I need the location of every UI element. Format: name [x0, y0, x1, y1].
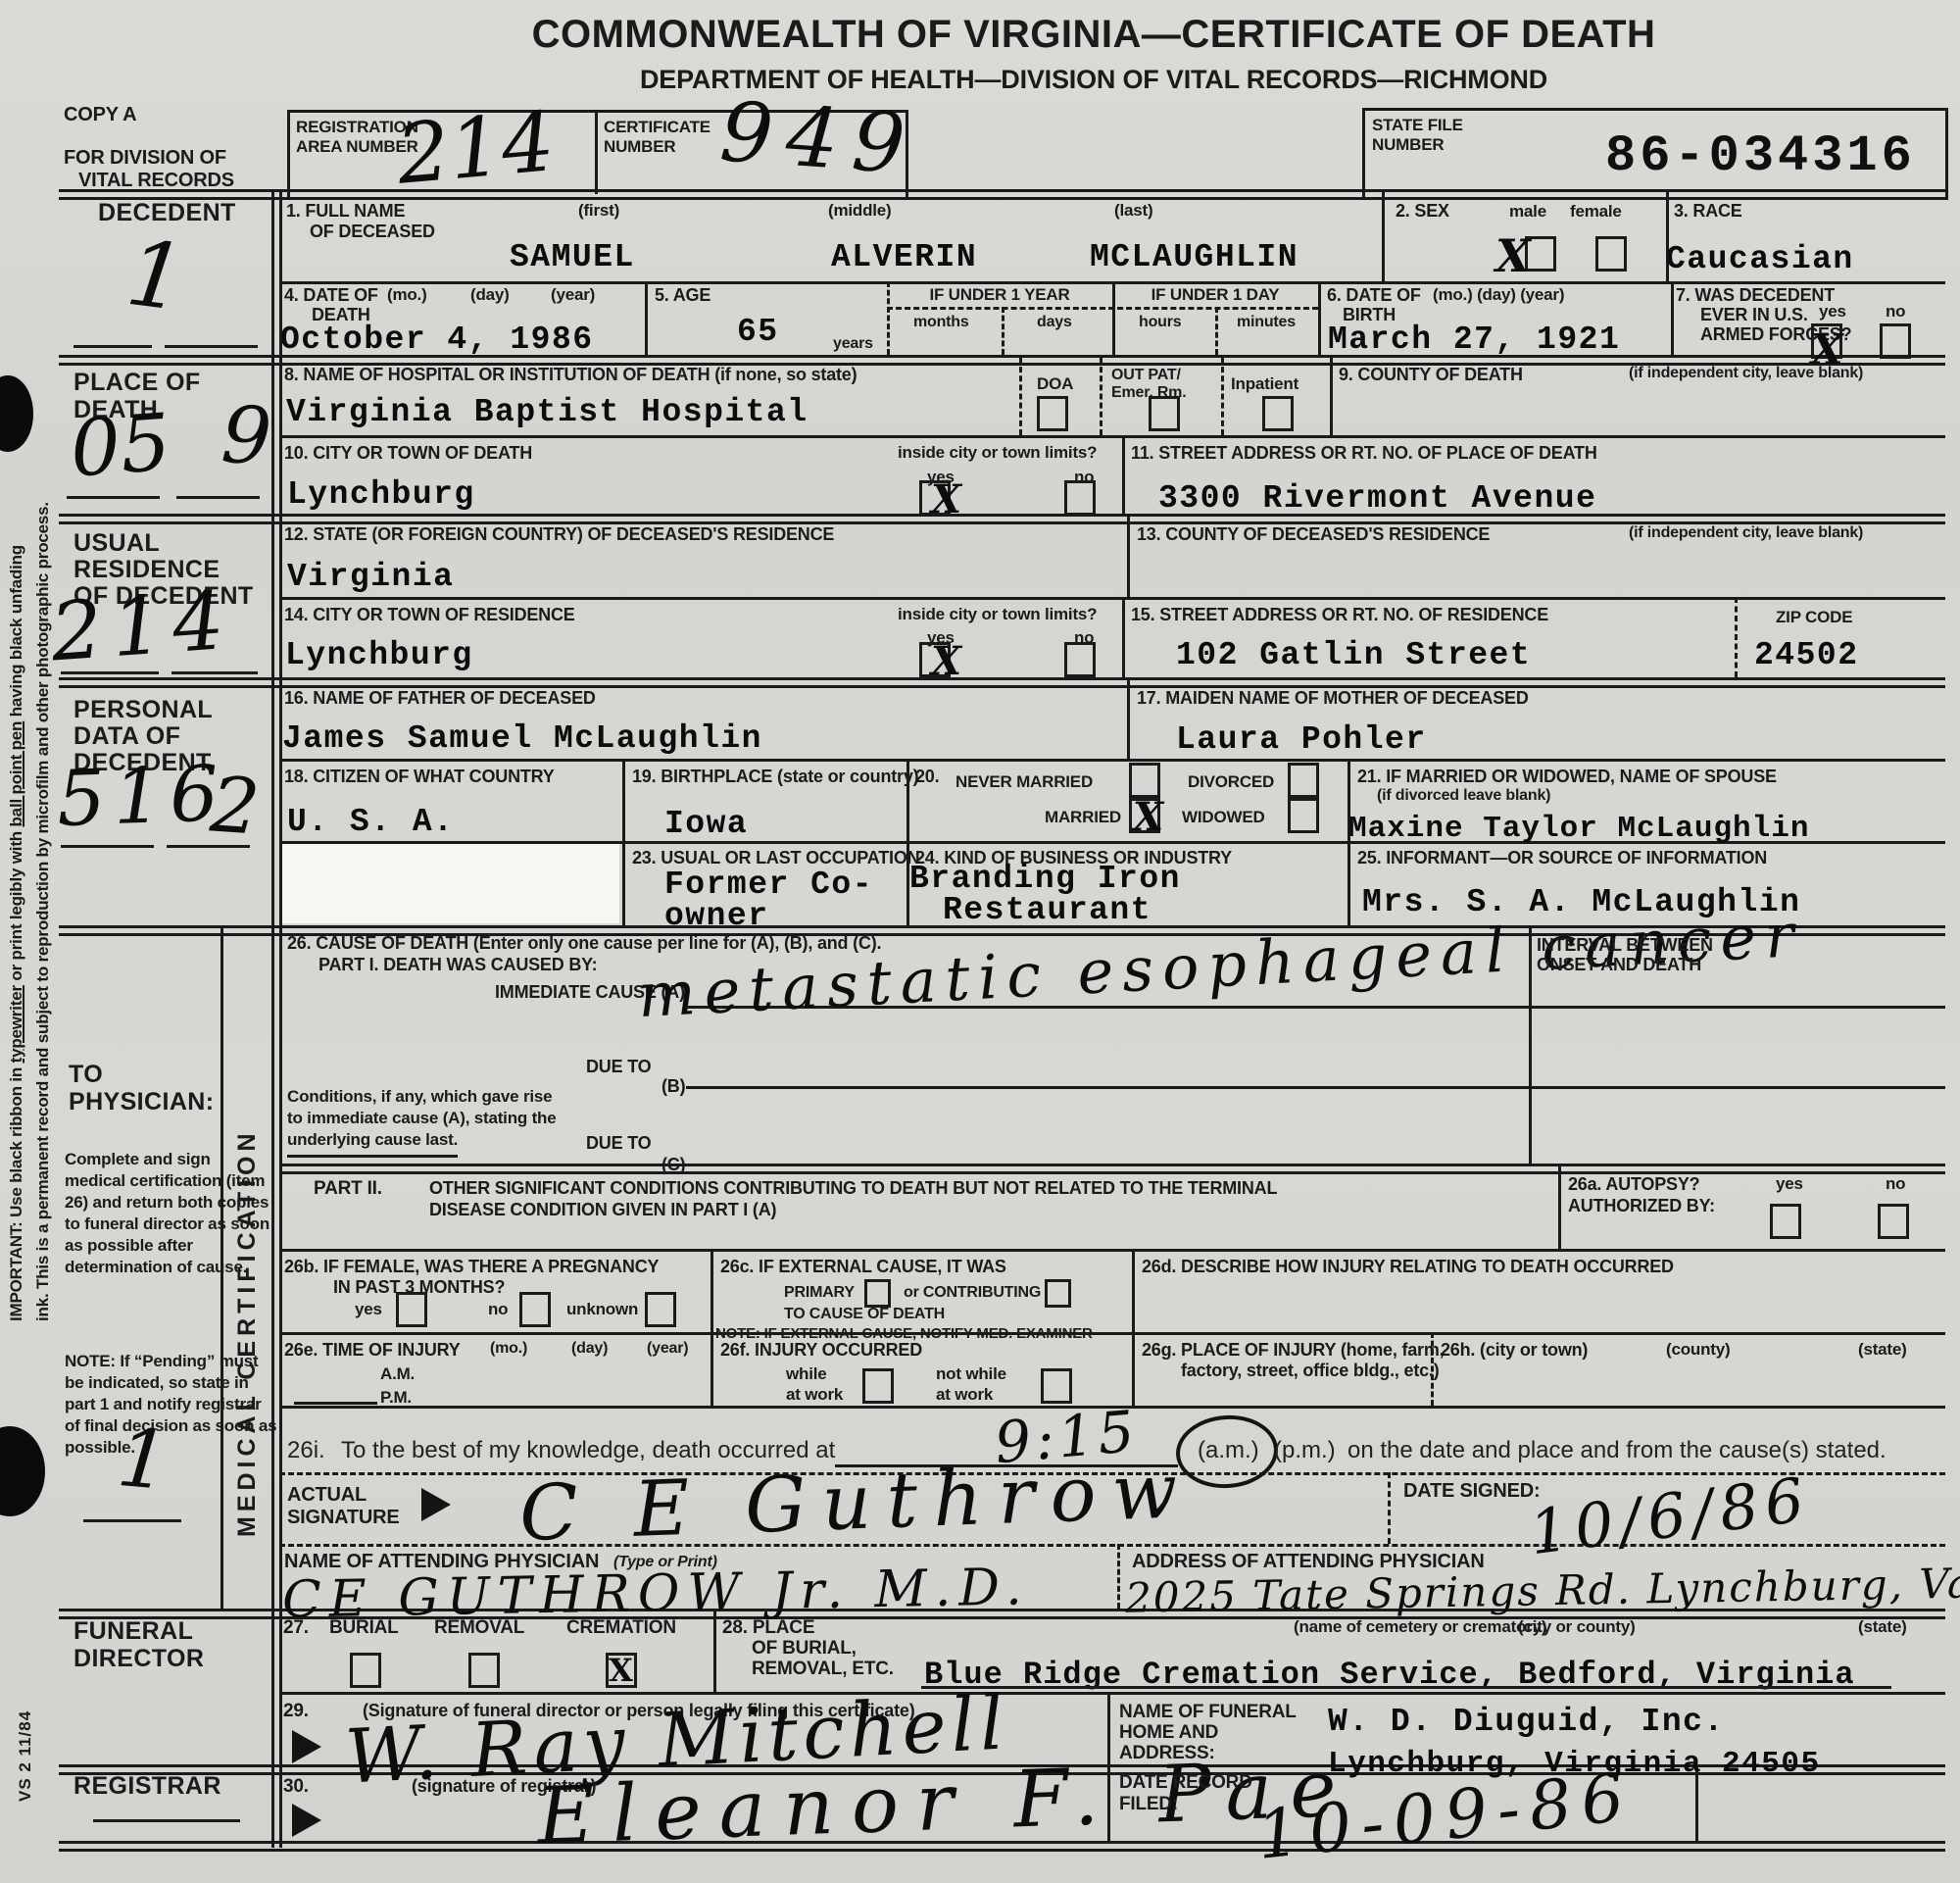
field-4-hint-mo: (mo.)	[387, 285, 427, 305]
field-26f-label: 26f. INJURY OCCURRED	[720, 1340, 922, 1361]
edge-important-note: IMPORTANT: Use black ribbon in typewrite…	[6, 375, 27, 1321]
sidebar-rule	[167, 845, 250, 848]
field-26-label: 26. CAUSE OF DEATH (Enter only one cause…	[287, 933, 881, 954]
grid-line	[279, 597, 1945, 600]
certificate-number-value: 949	[717, 83, 922, 193]
field-20-widowed-label: WIDOWED	[1182, 808, 1265, 827]
part2-text2: DISEASE CONDITION GIVEN IN PART I (A)	[429, 1200, 776, 1220]
grid-line	[622, 759, 625, 925]
sidebar-rule	[61, 671, 159, 674]
funeral-home-value: W. D. Diuguid, Inc.	[1328, 1704, 1725, 1740]
form-number: VS 2 11/84	[16, 1684, 35, 1802]
checkbox-while-at-work	[862, 1368, 894, 1404]
edge-note-text: IMPORTANT: Use black ribbon in	[7, 1063, 25, 1321]
field-26e-am-label: A.M.	[380, 1364, 415, 1384]
grid-line	[1382, 192, 1385, 281]
cause-b-line	[686, 1086, 1945, 1089]
for-division-line1: FOR DIVISION OF	[64, 147, 226, 170]
section-usual-residence: USUAL	[73, 529, 160, 558]
whiteout-patch	[282, 844, 619, 923]
field-10-limits-label: inside city or town limits?	[898, 443, 1097, 463]
field-14-limits-label: inside city or town limits?	[898, 605, 1097, 624]
field-26b-unknown-label: unknown	[566, 1300, 638, 1319]
grid-line	[1122, 597, 1125, 677]
field-16-value: James Samuel McLaughlin	[282, 720, 762, 757]
field-1-hint-middle: (middle)	[828, 201, 892, 221]
field-26g-label: 26g. PLACE OF INJURY (home, farm,	[1142, 1340, 1444, 1361]
field-21-value: Maxine Taylor McLaughlin	[1348, 812, 1809, 846]
checkbox-autopsy-yes	[1770, 1204, 1801, 1239]
sidebar-code-pending: 1	[114, 1412, 172, 1509]
checkbox-not-while-at-work	[1041, 1368, 1072, 1404]
grid-line	[710, 1249, 713, 1406]
field-26g-label2: factory, street, office bldg., etc.)	[1181, 1361, 1440, 1381]
page-title: COMMONWEALTH OF VIRGINIA—CERTIFICATE OF …	[392, 12, 1795, 57]
field-23-value2: owner	[664, 898, 769, 934]
field-21-hint: (if divorced leave blank)	[1377, 787, 1550, 806]
field-6-value: March 27, 1921	[1328, 322, 1620, 358]
grid-line	[1127, 514, 1130, 597]
grid-line	[1132, 1249, 1135, 1406]
checkbox-divorced	[1288, 763, 1319, 798]
field-5-label: 5. AGE	[655, 285, 710, 306]
actual-signature-label2: SIGNATURE	[287, 1507, 400, 1529]
checkbox-armed-forces-no	[1880, 323, 1911, 359]
field-20-label: 20.	[915, 767, 939, 787]
field-30-label: 30.	[283, 1776, 309, 1798]
section-personal-data: PERSONAL	[73, 696, 213, 724]
field-8-outpat-label: OUT PAT/	[1111, 367, 1181, 385]
under-1-year-months: months	[913, 314, 969, 332]
grid-line	[279, 1164, 1945, 1174]
grid-line	[1122, 435, 1125, 514]
edge-note-underlined: ball point pen	[7, 721, 25, 827]
checkbox-inpatient	[1262, 396, 1294, 431]
dashed-line	[1117, 1544, 1120, 1609]
interval-label: INTERVAL BETWEEN	[1537, 935, 1713, 956]
checkbox-pregnancy-unknown	[645, 1292, 676, 1327]
field-1-first-value: SAMUEL	[510, 239, 635, 275]
field-14-value: Lynchburg	[285, 637, 473, 673]
field-8-doa-label: DOA	[1037, 374, 1073, 394]
under-1-year-label: IF UNDER 1 YEAR	[887, 285, 1112, 305]
field-8-value: Virginia Baptist Hospital	[286, 394, 808, 430]
field-23-label: 23. USUAL OR LAST OCCUPATION	[632, 848, 919, 868]
field-26i-label: 26i.	[287, 1437, 325, 1464]
due-to-c-label: DUE TO	[586, 1133, 651, 1154]
part2-label: PART II.	[314, 1178, 382, 1200]
field-4-value: October 4, 1986	[280, 322, 594, 358]
grid-line	[1330, 358, 1333, 435]
section-place-of-death: PLACE OF	[73, 369, 201, 397]
grid-line	[1127, 677, 1130, 759]
grid-line	[279, 1249, 1945, 1252]
section-to-physician2: PHYSICIAN:	[69, 1088, 214, 1116]
checkbox-widowed	[1288, 798, 1319, 833]
sidebar-code-decedent: 1	[122, 221, 191, 331]
actual-signature-label: ACTUAL	[287, 1484, 367, 1507]
field-2-male-label: male	[1509, 202, 1546, 222]
checkbox-autopsy-no	[1878, 1204, 1909, 1239]
sidebar-rule	[61, 845, 154, 848]
sidebar-code-personal-a: 516	[55, 750, 227, 844]
zip-value: 24502	[1754, 637, 1859, 673]
sidebar-rule	[171, 671, 258, 674]
field-1-last-value: MCLAUGHLIN	[1090, 239, 1298, 275]
edge-important-note2: ink. This is a permanent record and subj…	[32, 375, 54, 1321]
check-mark-married: X	[1133, 798, 1163, 837]
field-1-hint-last: (last)	[1114, 201, 1152, 221]
field-7-yes-label: yes	[1819, 302, 1846, 322]
field-26c-primary-label: PRIMARY	[784, 1284, 855, 1303]
dashed-line	[887, 307, 1318, 310]
field-9-label: 9. COUNTY OF DEATH	[1339, 365, 1523, 385]
field-16-label: 16. NAME OF FATHER OF DECEASED	[284, 688, 596, 709]
field-26f-while-label2: at work	[786, 1385, 843, 1405]
grid-line	[645, 281, 648, 355]
field-19-value: Iowa	[664, 806, 748, 842]
field-1-middle-value: ALVERIN	[831, 239, 977, 275]
certificate-number-label: CERTIFICATE	[604, 118, 710, 137]
field-1-label2: OF DECEASED	[310, 222, 435, 242]
grid-line	[595, 110, 598, 194]
field-26c-to-cause-label: TO CAUSE OF DEATH	[784, 1306, 945, 1324]
checkbox-primary	[864, 1279, 891, 1308]
arrow-icon	[292, 1804, 321, 1837]
checkbox-pregnancy-no	[519, 1292, 551, 1327]
field-26f-not-while-label2: at work	[936, 1385, 993, 1405]
field-28-cemetery-hint: (name of cemetery or crematory)	[1294, 1617, 1546, 1637]
check-mark-cremation: X	[609, 1655, 633, 1686]
pm-line	[294, 1402, 377, 1405]
section-funeral-director2: DIRECTOR	[73, 1645, 204, 1673]
field-11-value: 3300 Rivermont Avenue	[1158, 480, 1596, 517]
field-15-value: 102 Gatlin Street	[1176, 637, 1531, 673]
grid-line	[1318, 281, 1321, 355]
checkbox-outpatient	[1149, 396, 1180, 431]
sidebar-divider	[271, 189, 282, 1848]
grid-line	[1671, 281, 1674, 355]
checkbox-contributing	[1045, 1279, 1071, 1308]
sidebar-code-place-a: 05	[68, 397, 173, 495]
grid-line	[279, 759, 1945, 762]
sidebar-code-place-b: 9	[220, 389, 274, 483]
field-26a-label: 26a. AUTOPSY?	[1568, 1174, 1699, 1195]
field-27-burial-label: BURIAL	[329, 1617, 399, 1639]
field-4-hint-day: (day)	[470, 285, 510, 305]
grid-line	[59, 514, 1945, 524]
field-7-no-label: no	[1886, 302, 1905, 322]
grid-line	[59, 677, 1945, 688]
date-filed-label: DATE RECORD	[1119, 1772, 1252, 1794]
field-12-value: Virginia	[287, 559, 454, 595]
registration-area-value: 214	[393, 93, 558, 203]
field-25-label: 25. INFORMANT—OR SOURCE OF INFORMATION	[1357, 848, 1767, 868]
field-24-value2: Restaurant	[943, 892, 1151, 928]
under-1-year-days: days	[1037, 314, 1072, 332]
field-15-label: 15. STREET ADDRESS OR RT. NO. OF RESIDEN…	[1131, 605, 1548, 625]
field-20-married-label: MARRIED	[1045, 808, 1121, 827]
section-funeral-director: FUNERAL	[73, 1617, 193, 1646]
under-1-day-hours: hours	[1139, 314, 1181, 332]
field-28-label2: OF BURIAL,	[752, 1638, 857, 1660]
field-18-value: U. S. A.	[287, 804, 454, 840]
field-28-label3: REMOVAL, ETC.	[752, 1659, 894, 1680]
funeral-home-label2: HOME AND	[1119, 1722, 1218, 1744]
field-6-label: 6. DATE OF	[1327, 285, 1421, 306]
checkbox-limits-death-no	[1064, 480, 1096, 516]
medical-column-line	[220, 925, 223, 1611]
field-11-label: 11. STREET ADDRESS OR RT. NO. OF PLACE O…	[1131, 443, 1597, 464]
field-27-removal-label: REMOVAL	[434, 1617, 524, 1639]
field-1-hint-first: (first)	[578, 201, 619, 221]
field-26e-hint-day: (day)	[571, 1340, 608, 1359]
sidebar-rule	[67, 496, 160, 499]
section-to-physician: TO	[69, 1061, 103, 1089]
state-file-label: STATE FILE	[1372, 116, 1463, 135]
field-2-label: 2. SEX	[1396, 201, 1449, 222]
field-26h-state-hint: (state)	[1858, 1340, 1907, 1360]
certificate-number-label2: NUMBER	[604, 137, 675, 157]
sidebar-code-residence: 214	[48, 574, 237, 680]
cause-b-label: (B)	[661, 1076, 685, 1097]
field-29-label: 29.	[283, 1701, 309, 1722]
field-2-female-label: female	[1570, 202, 1622, 222]
field-28-state-hint: (state)	[1858, 1617, 1907, 1637]
cause-c-label: (C)	[661, 1155, 685, 1175]
field-28-city-hint: (city or county)	[1518, 1617, 1636, 1637]
field-9-hint: (if independent city, leave blank)	[1629, 365, 1863, 383]
date-signed-value: 10/6/86	[1526, 1463, 1815, 1569]
check-mark-male: X	[1495, 233, 1531, 278]
sidebar-rule	[165, 345, 258, 348]
grid-line	[1558, 1164, 1561, 1249]
field-26e-hint-mo: (mo.)	[490, 1340, 527, 1359]
section-medical-certification: MEDICAL CERTIFICATION	[233, 959, 262, 1537]
field-26h-label: 26h. (city or town)	[1441, 1340, 1588, 1361]
field-17-value: Laura Pohler	[1176, 721, 1427, 758]
grid-line	[279, 1332, 1945, 1335]
field-1-label: 1. FULL NAME	[286, 201, 405, 222]
field-8-label: 8. NAME OF HOSPITAL OR INSTITUTION OF DE…	[284, 365, 857, 385]
field-14-label: 14. CITY OR TOWN OF RESIDENCE	[284, 605, 575, 625]
edge-note-underlined: typewriter	[7, 985, 25, 1063]
field-26a-yes-label: yes	[1776, 1174, 1803, 1194]
dashed-line	[1002, 307, 1004, 355]
dashed-line	[1735, 597, 1738, 677]
interval-label2: ONSET AND DEATH	[1537, 955, 1701, 975]
field-20-never-married-label: NEVER MARRIED	[955, 772, 1093, 792]
page-subtitle: DEPARTMENT OF HEALTH—DIVISION OF VITAL R…	[392, 65, 1795, 95]
date-filed-label2: FILED:	[1119, 1794, 1178, 1815]
edge-note-text: or print legibly with	[7, 827, 25, 986]
field-28-label: 28. PLACE	[722, 1617, 814, 1639]
field-26b-yes-label: yes	[355, 1300, 382, 1319]
dashed-line	[1388, 1472, 1391, 1544]
arrow-icon	[421, 1488, 451, 1521]
field-26c-contributing-label: or CONTRIBUTING	[904, 1284, 1041, 1303]
checkbox-burial	[350, 1653, 381, 1688]
field-27-label: 27.	[283, 1617, 309, 1639]
dashed-line	[1221, 358, 1224, 435]
field-5-years-label: years	[833, 335, 873, 354]
field-26e-hint-year: (year)	[647, 1340, 688, 1359]
conditions-note3: underlying cause last.	[287, 1129, 458, 1158]
field-19-label: 19. BIRTHPLACE (state or country)	[632, 767, 918, 787]
field-26a-label2: AUTHORIZED BY:	[1568, 1196, 1715, 1216]
checkbox-doa	[1037, 396, 1068, 431]
field-26i-am: (a.m.)	[1198, 1437, 1259, 1464]
zip-label: ZIP CODE	[1776, 608, 1852, 627]
field-26f-not-while-label: not while	[936, 1364, 1006, 1384]
field-7-label2: EVER IN U.S.	[1700, 305, 1808, 325]
field-26i-pm: (p.m.)	[1274, 1437, 1336, 1464]
death-certificate-scan: COMMONWEALTH OF VIRGINIA—CERTIFICATE OF …	[0, 0, 1960, 1883]
field-26f-while-label: while	[786, 1364, 827, 1384]
state-file-value: 86-034316	[1605, 127, 1916, 185]
field-26-label2: PART I. DEATH WAS CAUSED BY:	[318, 955, 597, 975]
dashed-line	[1215, 307, 1218, 355]
section-registrar: REGISTRAR	[73, 1772, 221, 1801]
field-18-label: 18. CITIZEN OF WHAT COUNTRY	[284, 767, 555, 787]
field-4-label: 4. DATE OF	[284, 285, 378, 306]
field-5-value: 65	[737, 314, 779, 350]
section-decedent: DECEDENT	[98, 199, 236, 227]
field-21-label: 21. IF MARRIED OR WIDOWED, NAME OF SPOUS…	[1357, 767, 1777, 787]
due-to-b-label: DUE TO	[586, 1057, 651, 1077]
field-26b-label: 26b. IF FEMALE, WAS THERE A PREGNANCY	[284, 1257, 659, 1277]
checkbox-never-married	[1129, 763, 1160, 798]
field-7-label: 7. WAS DECEDENT	[1676, 285, 1835, 306]
value-underline	[921, 1686, 1891, 1689]
field-26i-text: To the best of my knowledge, death occur…	[341, 1437, 835, 1464]
field-10-label: 10. CITY OR TOWN OF DEATH	[284, 443, 532, 464]
checkbox-removal	[468, 1653, 500, 1688]
checkbox-limits-residence-no	[1064, 642, 1096, 677]
field-12-label: 12. STATE (OR FOREIGN COUNTRY) OF DECEAS…	[284, 524, 834, 545]
check-mark-limits-residence-yes: X	[931, 642, 961, 681]
field-13-hint: (if independent city, leave blank)	[1629, 524, 1863, 543]
under-1-day-label: IF UNDER 1 DAY	[1112, 285, 1318, 305]
field-26a-no-label: no	[1886, 1174, 1905, 1194]
sidebar-rule	[83, 1519, 181, 1522]
under-1-day-minutes: minutes	[1237, 314, 1296, 332]
field-26c-label: 26c. IF EXTERNAL CAUSE, IT WAS	[720, 1257, 1006, 1277]
checkbox-female	[1595, 236, 1627, 272]
funeral-home-label: NAME OF FUNERAL	[1119, 1702, 1297, 1723]
sidebar-rule	[93, 1819, 240, 1822]
field-8-inpatient-label: Inpatient	[1231, 374, 1298, 394]
field-26h-county-hint: (county)	[1666, 1340, 1730, 1360]
grid-line	[59, 189, 1945, 200]
field-27-cremation-label: CREMATION	[566, 1617, 676, 1639]
grid-line	[279, 435, 1945, 438]
sidebar-code-personal-b: 2	[208, 761, 263, 852]
state-file-label2: NUMBER	[1372, 135, 1444, 155]
section-personal-data2: DATA OF	[73, 722, 180, 751]
sidebar-rule	[176, 496, 260, 499]
part2-text: OTHER SIGNIFICANT CONDITIONS CONTRIBUTIN…	[429, 1178, 1277, 1199]
conditions-note2: to immediate cause (A), stating the	[287, 1108, 557, 1129]
edge-note-text: having black unfading	[7, 545, 25, 721]
field-20-divorced-label: DIVORCED	[1188, 772, 1274, 792]
field-17-label: 17. MAIDEN NAME OF MOTHER OF DECEASED	[1137, 688, 1529, 709]
field-26e-pm-label: P.M.	[380, 1388, 412, 1408]
field-26b-no-label: no	[488, 1300, 508, 1319]
conditions-note: Conditions, if any, which gave rise	[287, 1086, 552, 1108]
field-6-hints: (mo.) (day) (year)	[1433, 285, 1564, 305]
dashed-line	[1019, 358, 1022, 435]
hole-punch-icon	[0, 1426, 45, 1516]
field-10-value: Lynchburg	[287, 476, 475, 513]
arrow-icon	[292, 1730, 321, 1763]
check-mark-limits-death-yes: X	[931, 480, 961, 520]
dashed-line	[1100, 358, 1102, 435]
copy-label: COPY A	[64, 104, 136, 126]
field-3-value: Caucasian	[1666, 241, 1854, 277]
date-signed-label: DATE SIGNED:	[1403, 1480, 1540, 1503]
field-3-label: 3. RACE	[1674, 201, 1742, 222]
field-26e-label: 26e. TIME OF INJURY	[284, 1340, 461, 1361]
field-26d-label: 26d. DESCRIBE HOW INJURY RELATING TO DEA…	[1142, 1257, 1674, 1277]
field-4-hint-year: (year)	[551, 285, 595, 305]
field-26i-text2: on the date and place and from the cause…	[1347, 1437, 1886, 1464]
sidebar-rule	[73, 345, 152, 348]
field-13-label: 13. COUNTY OF DECEASED'S RESIDENCE	[1137, 524, 1490, 545]
checkbox-pregnancy-yes	[396, 1292, 427, 1327]
